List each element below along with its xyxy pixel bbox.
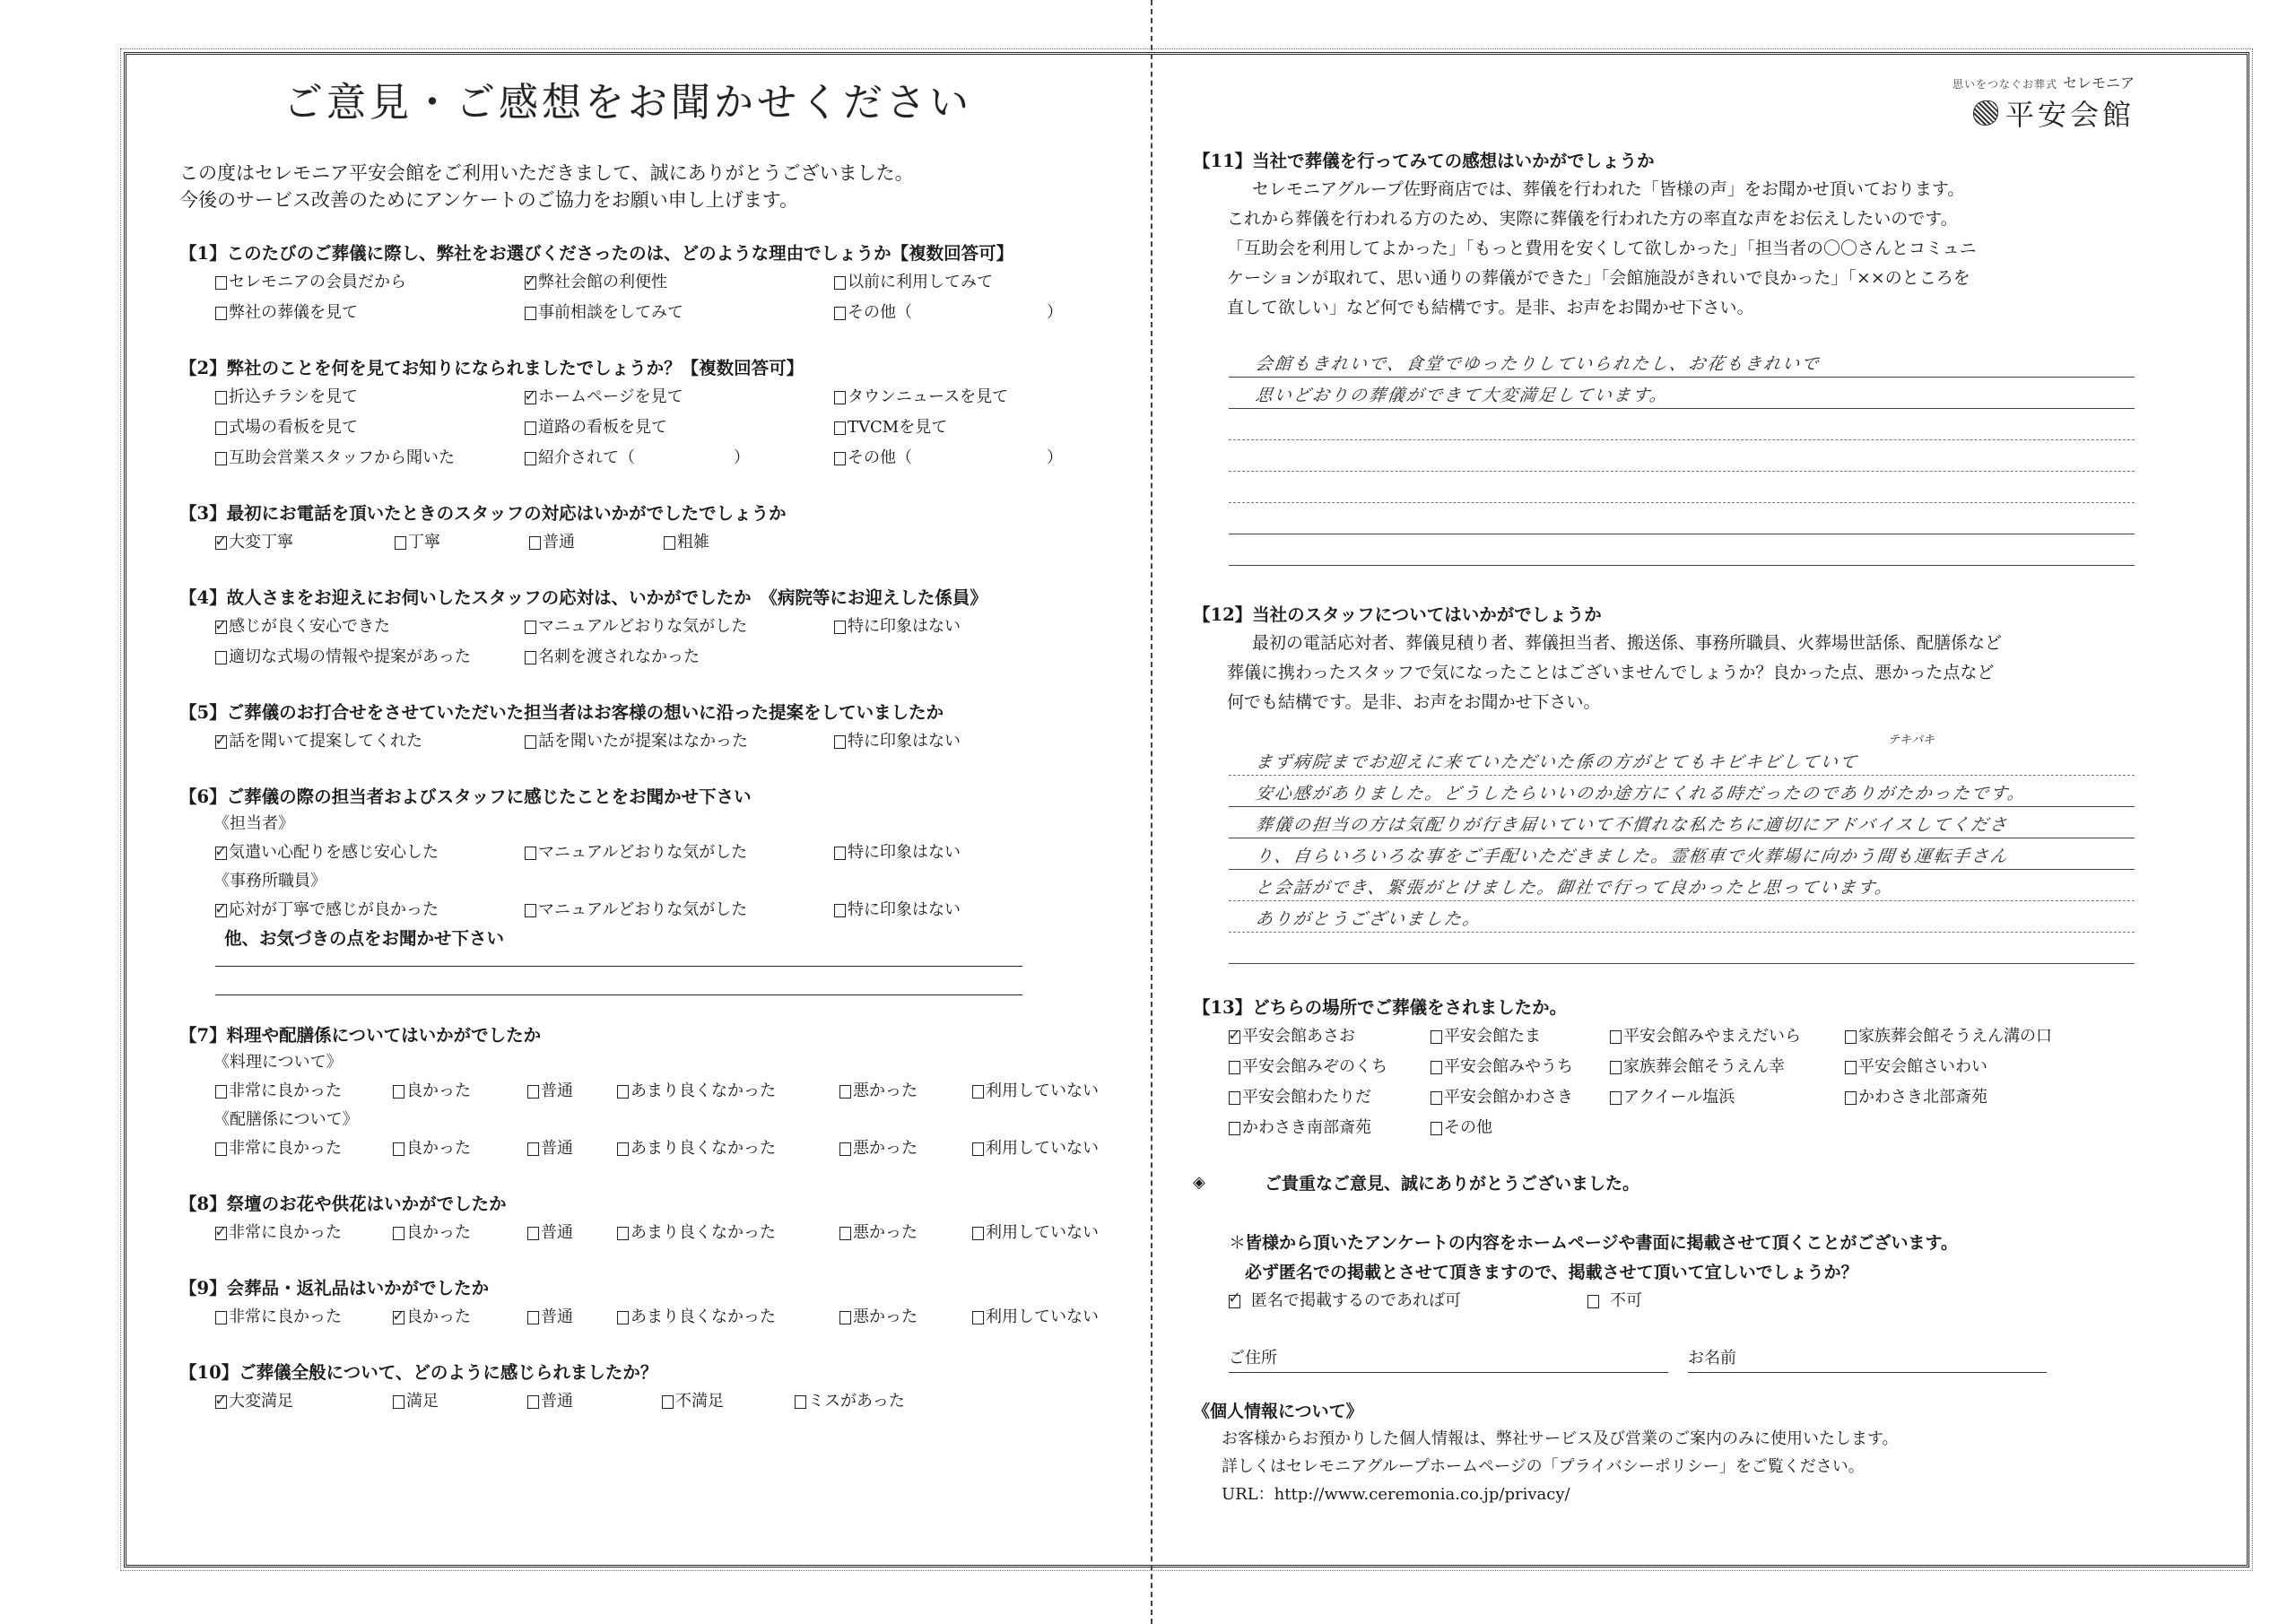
other-comments-prompt: 他、お気づきの点をお聞かせ下さい	[224, 925, 1130, 952]
paren-close: ）	[1047, 443, 1063, 473]
checkbox-icon[interactable]	[839, 1311, 851, 1324]
option-not-good[interactable]: あまり良くなかった	[617, 1133, 839, 1164]
option-normal[interactable]: 普通	[527, 1302, 617, 1333]
options: 非常に良かった 良かった 普通 あまり良くなかった 悪かった 利用していない	[215, 1133, 1130, 1164]
option-homepage[interactable]: ホームページを見て	[525, 382, 834, 413]
option-other[interactable]: その他（）	[834, 443, 1130, 473]
option-not-good[interactable]: あまり良くなかった	[617, 1218, 839, 1248]
option-unsatisfied[interactable]: 不満足	[662, 1386, 795, 1417]
option-label: 気遣い心配りを感じ安心した	[229, 838, 439, 868]
option-label: 非常に良かった	[229, 1218, 342, 1248]
option-referral[interactable]: 紹介されて（）	[525, 443, 834, 473]
venue-option[interactable]: かわさき南部斎苑	[1229, 1113, 1431, 1143]
writing-line	[1229, 933, 2135, 964]
option-label: 以前に利用してみて	[848, 267, 993, 298]
checkbox-icon[interactable]	[1431, 1061, 1442, 1074]
page-fold-line	[1151, 0, 1152, 1624]
option-not-used[interactable]: 利用していない	[972, 1302, 1125, 1333]
privacy-line: 詳しくはセレモニアグループホームページの「プライバシーポリシー」をご覧ください。	[1222, 1453, 2135, 1481]
checkbox-icon[interactable]	[834, 307, 846, 320]
option-polite[interactable]: 丁寧	[395, 527, 529, 558]
option-no-impression[interactable]: 特に印象はない	[834, 726, 1130, 757]
writing-line: 安心感がありました。どうしたらいいのか途方にくれる時だったのでありがたかったです…	[1229, 776, 2135, 807]
option-reassured[interactable]: 感じが良く安心できた	[215, 612, 525, 642]
checkbox-icon[interactable]	[1431, 1030, 1442, 1044]
writing-line	[1229, 440, 2135, 472]
checkbox-icon[interactable]	[617, 1227, 629, 1240]
checkbox-icon[interactable]	[527, 1142, 539, 1156]
option-label: あまり良くなかった	[631, 1076, 776, 1107]
option-label: 話を聞いたが提案はなかった	[538, 726, 748, 757]
venue-option[interactable]: 平安会館たま	[1431, 1021, 1610, 1052]
group-label-food: 《料理について》	[213, 1049, 1130, 1076]
option-label: マニュアルどおりな気がした	[538, 612, 747, 642]
checkbox-icon[interactable]	[525, 391, 536, 404]
handwritten-answer: まず病院までお迎えに来ていただいた係の方がとてもキビキビしていて	[1254, 749, 1860, 773]
handwritten-answer: 安心感がありました。どうしたらいいのか途方にくれる時だったのでありがたかったです…	[1254, 780, 2028, 804]
checkbox-icon[interactable]	[972, 1227, 984, 1240]
option-no-impression[interactable]: 特に印象はない	[834, 838, 1130, 868]
notice-line: 皆様から頂いたアンケートの内容をホームページや書面に掲載させて頂くことがございま…	[1245, 1233, 1958, 1253]
writing-line	[1229, 503, 2135, 534]
handwritten-answer: り、自らいろいろな事をご手配いただきました。霊柩車で火葬場に向かう間も運転手さん	[1254, 843, 2011, 867]
option-no-impression[interactable]: 特に印象はない	[834, 612, 1130, 642]
checkbox-icon[interactable]	[1229, 1061, 1240, 1074]
option-good[interactable]: 良かった	[393, 1302, 527, 1333]
question-description: 最初の電話応対者、葬儀見積り者、葬儀担当者、搬送係、事務所職員、火葬場世話係、配…	[1227, 629, 2135, 717]
checkbox-icon[interactable]	[215, 1311, 227, 1324]
diamond-bullet-icon: ◈	[1193, 1173, 1265, 1192]
option-very-satisfied[interactable]: 大変満足	[215, 1386, 393, 1417]
option-label: 丁寧	[408, 527, 440, 558]
option-label: 普通	[543, 527, 575, 558]
address-label: ご住所	[1229, 1349, 1277, 1368]
handwritten-answer: 葬儀の担当の方は気配りが行き届いていて不慣れな私たちに適切にアドバイスしてくださ	[1254, 812, 2010, 836]
venue-option[interactable]: 家族葬会館そうえん溝の口	[1845, 1021, 2096, 1052]
option-label: 普通	[541, 1133, 573, 1164]
option-bad[interactable]: 悪かった	[839, 1302, 972, 1333]
venue-option[interactable]: アクイール塩浜	[1610, 1082, 1845, 1113]
option-very-good[interactable]: 非常に良かった	[215, 1076, 393, 1107]
question-title: 【5】ご葬儀のお打合せをさせていただいた担当者はお客様の想いに沿った提案をしてい…	[179, 699, 1130, 726]
intro-text: この度はセレモニア平安会館をご利用いただきまして、誠にありがとうございました。 …	[179, 160, 1130, 213]
option-label: TVCMを見て	[848, 413, 947, 443]
group-label-staff: 《担当者》	[213, 811, 1130, 838]
option-label: その他	[1444, 1113, 1492, 1143]
question-8: 【8】祭壇のお花や供花はいかがでしたか 非常に良かった 良かった 普通 あまり良…	[179, 1191, 1130, 1248]
checkbox-icon[interactable]	[525, 421, 536, 435]
question-4: 【4】故人さまをお迎えにお伺いしたスタッフの応対は、いかがでしたか 《病院等にお…	[179, 585, 1130, 673]
option-not-good[interactable]: あまり良くなかった	[617, 1076, 839, 1107]
checkbox-icon[interactable]	[525, 735, 536, 749]
question-title: 【8】祭壇のお花や供花はいかがでしたか	[179, 1191, 1130, 1218]
option-label: かわさき北部斎苑	[1858, 1082, 1987, 1113]
desc-line: 最初の電話応対者、葬儀見積り者、葬儀担当者、搬送係、事務所職員、火葬場世話係、配…	[1227, 629, 2135, 658]
checkbox-icon[interactable]	[834, 847, 846, 860]
writing-line	[1229, 534, 2135, 566]
option-label: 普通	[541, 1386, 573, 1417]
option-label: タウンニュースを見て	[848, 382, 1008, 413]
options: 折込チラシを見て ホームページを見て タウンニュースを見て 式場の看板を見て 道…	[215, 382, 1130, 473]
option-normal[interactable]: 普通	[527, 1218, 617, 1248]
checkbox-icon[interactable]	[393, 1395, 404, 1409]
checkbox-icon[interactable]	[525, 452, 536, 465]
option-label: その他（	[848, 298, 912, 328]
checkbox-icon[interactable]	[215, 391, 227, 404]
option-sales-staff[interactable]: 互助会営業スタッフから聞いた	[215, 443, 525, 473]
option-good[interactable]: 良かった	[393, 1133, 527, 1164]
desc-line: ケーションが取れて、思い通りの葬儀ができた」「会館施設がきれいで良かった」「××…	[1227, 264, 2135, 293]
checkbox-icon[interactable]	[527, 1085, 539, 1099]
checkbox-icon[interactable]	[395, 536, 406, 550]
option-normal[interactable]: 普通	[527, 1386, 662, 1417]
venue-option[interactable]: その他	[1431, 1113, 1610, 1143]
options: 大変丁寧 丁寧 普通 粗雑	[215, 527, 1130, 558]
question-12: 【12】当社のスタッフについてはいかがでしょうか 最初の電話応対者、葬儀見積り者…	[1193, 602, 2135, 964]
checkbox-icon[interactable]	[1845, 1061, 1857, 1074]
logo-brand: セレモニア	[2063, 74, 2135, 91]
option-label: 感じが良く安心できた	[229, 612, 390, 642]
option-label: 非常に良かった	[229, 1133, 342, 1164]
q11-answer-field[interactable]: 会館もきれいで、食堂でゆったりしていられたし、お花もきれいで 思いどおりの葬儀が…	[1229, 346, 2135, 566]
venue-option[interactable]: 平安会館あさお	[1229, 1021, 1431, 1052]
option-convenience[interactable]: 弊社会館の利便性	[525, 267, 834, 298]
checkbox-icon[interactable]	[972, 1142, 984, 1156]
checkbox-icon[interactable]	[1229, 1030, 1240, 1044]
checkbox-icon[interactable]	[393, 1227, 404, 1240]
option-label: 平安会館かわさき	[1444, 1082, 1573, 1113]
option-manual[interactable]: マニュアルどおりな気がした	[525, 838, 834, 868]
option-polite[interactable]: 応対が丁寧で感じが良かった	[215, 895, 525, 925]
option-member[interactable]: セレモニアの会員だから	[215, 267, 525, 298]
checkbox-icon[interactable]	[617, 1311, 629, 1324]
option-no-impression[interactable]: 特に印象はない	[834, 895, 1130, 925]
name-label: お名前	[1688, 1349, 1736, 1368]
checkbox-icon[interactable]	[215, 1142, 227, 1156]
option-label: 話を聞いて提案してくれた	[229, 726, 422, 757]
question-9: 【9】会葬品・返礼品はいかがでしたか 非常に良かった 良かった 普通 あまり良く…	[179, 1275, 1130, 1333]
option-label: 弊社の葬儀を見て	[229, 298, 358, 328]
question-title: 【3】最初にお電話を頂いたときのスタッフの対応はいかがでしたでしょうか	[179, 500, 1130, 527]
checkbox-icon[interactable]	[617, 1085, 629, 1099]
options: セレモニアの会員だから 弊社会館の利便性 以前に利用してみて 弊社の葬儀を見て …	[215, 267, 1130, 328]
option-satisfied[interactable]: 満足	[393, 1386, 527, 1417]
checkbox-icon[interactable]	[834, 421, 846, 435]
option-label: 道路の看板を見て	[538, 413, 667, 443]
option-other[interactable]: その他（）	[834, 298, 1130, 328]
writing-line	[215, 994, 1022, 995]
writing-line: ありがとうございました。	[1229, 901, 2135, 933]
desc-line: 何でも結構です。是非、お声をお聞かせ下さい。	[1227, 688, 2135, 717]
venue-option[interactable]: 平安会館みぞのくち	[1229, 1052, 1431, 1082]
consent-decline[interactable]: 不可	[1587, 1288, 1946, 1315]
checkbox-icon[interactable]	[664, 536, 675, 550]
options: 大変満足 満足 普通 不満足 ミスがあった	[215, 1386, 1130, 1417]
question-3: 【3】最初にお電話を頂いたときのスタッフの対応はいかがでしたでしょうか 大変丁寧…	[179, 500, 1130, 558]
company-logo: 思いをつなぐお葬式セレモニア 平安会館	[1952, 72, 2135, 134]
writing-line: と会話ができ、緊張がとけました。御社で行って良かったと思っています。	[1229, 870, 2135, 901]
venue-option[interactable]: 平安会館みやうち	[1431, 1052, 1610, 1082]
venue-option[interactable]: 平安会館みやまえだいら	[1610, 1021, 1845, 1052]
checkbox-icon[interactable]	[834, 276, 846, 290]
option-label: 悪かった	[853, 1218, 918, 1248]
question-11: 【11】当社で葬儀を行ってみての感想はいかがでしょうか セレモニアグループ佐野商…	[1193, 148, 2135, 566]
option-label: 平安会館たま	[1444, 1021, 1541, 1052]
option-label: 適切な式場の情報や提案があった	[229, 642, 471, 673]
checkbox-icon[interactable]	[525, 307, 536, 320]
publish-notice: ＊皆様から頂いたアンケートの内容をホームページや書面に掲載させて頂くことがござい…	[1229, 1229, 2135, 1288]
option-no-card[interactable]: 名刺を渡されなかった	[525, 642, 834, 673]
checkbox-icon[interactable]	[215, 904, 227, 917]
option-consultation[interactable]: 事前相談をしてみて	[525, 298, 834, 328]
group-label-office: 《事務所職員》	[213, 868, 1130, 895]
checkbox-icon[interactable]	[215, 621, 227, 634]
option-used-before[interactable]: 以前に利用してみて	[834, 267, 1130, 298]
question-description: セレモニアグループ佐野商店では、葬儀を行われた「皆様の声」をお聞かせ頂いておりま…	[1227, 175, 2135, 323]
option-town-news[interactable]: タウンニュースを見て	[834, 382, 1130, 413]
intro-line: 今後のサービス改善のためにアンケートのご協力をお願い申し上げます。	[179, 187, 1130, 213]
checkbox-icon[interactable]	[834, 452, 846, 465]
option-very-good[interactable]: 非常に良かった	[215, 1133, 393, 1164]
venue-option[interactable]: 家族葬会館そうえん幸	[1610, 1052, 1845, 1082]
question-13: 【13】どちらの場所でご葬儀をされましたか。 平安会館あさお 平安会館たま 平安…	[1193, 994, 2135, 1143]
question-title: 【12】当社のスタッフについてはいかがでしょうか	[1193, 602, 2135, 629]
checkbox-icon[interactable]	[215, 847, 227, 860]
option-bad[interactable]: 悪かった	[839, 1076, 972, 1107]
option-label: 紹介されて（	[538, 443, 635, 473]
option-mistake[interactable]: ミスがあった	[795, 1386, 974, 1417]
option-label: 事前相談をしてみて	[538, 298, 683, 328]
option-manual[interactable]: マニュアルどおりな気がした	[525, 612, 834, 642]
option-good[interactable]: 良かった	[393, 1218, 527, 1248]
checkbox-icon[interactable]	[839, 1142, 851, 1156]
checkbox-icon[interactable]	[215, 421, 227, 435]
options: 非常に良かった 良かった 普通 あまり良くなかった 悪かった 利用していない	[215, 1218, 1130, 1248]
options: 気遣い心配りを感じ安心した マニュアルどおりな気がした 特に印象はない	[215, 838, 1130, 868]
option-good[interactable]: 良かった	[393, 1076, 527, 1107]
checkbox-icon[interactable]	[1431, 1091, 1442, 1105]
question-title: 【13】どちらの場所でご葬儀をされましたか。	[1193, 994, 2135, 1021]
other-comments-field[interactable]	[215, 965, 1130, 995]
option-normal[interactable]: 普通	[527, 1076, 617, 1107]
consent-anonymous-ok[interactable]: 匿名で掲載するのであれば可	[1229, 1288, 1587, 1315]
question-title: 【11】当社で葬儀を行ってみての感想はいかがでしょうか	[1193, 148, 2135, 175]
checkbox-icon[interactable]	[525, 621, 536, 634]
checkbox-icon[interactable]	[1610, 1061, 1622, 1074]
desc-line: これから葬儀を行われる方のため、実際に葬儀を行われた方の率直な声をお伝えしたいの…	[1227, 204, 2135, 234]
option-label: 普通	[541, 1218, 573, 1248]
checkbox-icon[interactable]	[525, 904, 536, 917]
checkbox-icon[interactable]	[215, 536, 227, 550]
option-label: 粗雑	[677, 527, 709, 558]
option-flyer[interactable]: 折込チラシを見て	[215, 382, 525, 413]
checkbox-icon[interactable]	[972, 1085, 984, 1099]
venue-option[interactable]: 平安会館わたりだ	[1229, 1082, 1431, 1113]
option-label: 式場の看板を見て	[229, 413, 358, 443]
option-hall-sign[interactable]: 式場の看板を見て	[215, 413, 525, 443]
option-label: 平安会館わたりだ	[1242, 1082, 1371, 1113]
question-title: 【4】故人さまをお迎えにお伺いしたスタッフの応対は、いかがでしたか 《病院等にお…	[179, 585, 1130, 612]
checkbox-icon[interactable]	[617, 1142, 629, 1156]
checkbox-icon[interactable]	[215, 1227, 227, 1240]
option-very-polite[interactable]: 大変丁寧	[215, 527, 395, 558]
question-title: 【1】このたびのご葬儀に際し、弊社をお選びくださったのは、どのような理由でしょう…	[179, 240, 1130, 267]
intro-line: この度はセレモニア平安会館をご利用いただきまして、誠にありがとうございました。	[179, 160, 1130, 187]
checkbox-icon[interactable]	[1229, 1091, 1240, 1105]
option-bad[interactable]: 悪かった	[839, 1133, 972, 1164]
option-not-good[interactable]: あまり良くなかった	[617, 1302, 839, 1333]
privacy-title: 《個人情報について》	[1193, 1398, 2135, 1425]
option-venue-info[interactable]: 適切な式場の情報や提案があった	[215, 642, 525, 673]
options: 非常に良かった 良かった 普通 あまり良くなかった 悪かった 利用していない	[215, 1076, 1130, 1107]
option-label: 折込チラシを見て	[229, 382, 358, 413]
option-very-good[interactable]: 非常に良かった	[215, 1302, 393, 1333]
option-label: 良かった	[406, 1218, 471, 1248]
option-label: 平安会館みぞのくち	[1242, 1052, 1387, 1082]
option-not-used[interactable]: 利用していない	[972, 1133, 1125, 1164]
option-label: その他（	[848, 443, 912, 473]
checkbox-icon[interactable]	[972, 1311, 984, 1324]
option-label: 利用していない	[986, 1076, 1099, 1107]
checkbox-icon[interactable]	[529, 536, 541, 550]
checkbox-icon[interactable]	[1229, 1122, 1240, 1135]
group-label-servers: 《配膳係について》	[213, 1107, 1130, 1133]
checkbox-icon[interactable]	[525, 276, 536, 290]
privacy-text: お客様からお預かりした個人情報は、弊社サービス及び営業のご案内のみに使用いたしま…	[1222, 1425, 2135, 1508]
writing-line: 葬儀の担当の方は気配りが行き届いていて不慣れな私たちに適切にアドバイスしてくださ	[1229, 807, 2135, 838]
option-label: 良かった	[406, 1076, 471, 1107]
checkbox-icon[interactable]	[1610, 1091, 1622, 1105]
publish-consent: 匿名で掲載するのであれば可 不可	[1229, 1288, 2135, 1315]
option-bad[interactable]: 悪かった	[839, 1218, 972, 1248]
checkbox-icon[interactable]	[1587, 1295, 1599, 1308]
address-field[interactable]: ご住所	[1229, 1345, 1668, 1373]
options: 応対が丁寧で感じが良かった マニュアルどおりな気がした 特に印象はない	[215, 895, 1130, 925]
option-no-proposal[interactable]: 話を聞いたが提案はなかった	[525, 726, 834, 757]
checkbox-icon[interactable]	[1610, 1030, 1622, 1044]
writing-line: 思いどおりの葬儀ができて大変満足しています。	[1229, 378, 2135, 409]
contact-fields: ご住所 お名前	[1229, 1345, 2135, 1373]
option-considerate[interactable]: 気遣い心配りを感じ安心した	[215, 838, 525, 868]
checkbox-icon[interactable]	[1845, 1030, 1857, 1044]
option-label: 普通	[541, 1302, 573, 1333]
notice-line: 必ず匿名での掲載とさせて頂きますので、掲載させて頂いて宜しいでしょうか？	[1229, 1258, 2135, 1288]
asterisk-icon: ＊	[1229, 1229, 1245, 1258]
option-label: 特に印象はない	[848, 838, 961, 868]
checkbox-icon[interactable]	[1229, 1295, 1240, 1308]
option-label: 利用していない	[986, 1218, 1099, 1248]
checkbox-icon[interactable]	[795, 1395, 806, 1409]
checkbox-icon[interactable]	[1845, 1091, 1857, 1105]
checkbox-icon[interactable]	[839, 1227, 851, 1240]
option-tvcm[interactable]: TVCMを見て	[834, 413, 1130, 443]
question-1: 【1】このたびのご葬儀に際し、弊社をお選びくださったのは、どのような理由でしょう…	[179, 240, 1130, 328]
checkbox-icon[interactable]	[215, 452, 227, 465]
options: 話を聞いて提案してくれた 話を聞いたが提案はなかった 特に印象はない	[215, 726, 1130, 757]
writing-line	[215, 965, 1022, 967]
option-not-used[interactable]: 利用していない	[972, 1076, 1125, 1107]
desc-line: 「互助会を利用してよかった」「もっと費用を安くして欲しかった」「担当者の〇〇さん…	[1227, 234, 2135, 264]
privacy-url-link[interactable]: URL：http://www.ceremonia.co.jp/privacy/	[1222, 1481, 2135, 1508]
checkbox-icon[interactable]	[525, 651, 536, 664]
survey-title: ご意見・ご感想をお聞かせください	[179, 70, 1076, 127]
option-label: 良かった	[406, 1302, 471, 1333]
option-label: 弊社会館の利便性	[538, 267, 667, 298]
writing-line: まず病院までお迎えに来ていただいた係の方がとてもキビキビしていて	[1229, 744, 2135, 776]
handwritten-answer: と会話ができ、緊張がとけました。御社で行って良かったと思っています。	[1254, 874, 1896, 899]
checkbox-icon[interactable]	[393, 1085, 404, 1099]
checkbox-icon[interactable]	[527, 1311, 539, 1324]
checkbox-icon[interactable]	[525, 847, 536, 860]
writing-line: 会館もきれいで、食堂でゆったりしていられたし、お花もきれいで	[1229, 346, 2135, 378]
checkbox-icon[interactable]	[215, 276, 227, 290]
option-normal[interactable]: 普通	[527, 1133, 617, 1164]
q12-answer-field[interactable]: テキパキ まず病院までお迎えに来ていただいた係の方がとてもキビキビしていて 安心…	[1229, 744, 2135, 964]
option-label: 利用していない	[986, 1302, 1099, 1333]
checkbox-icon[interactable]	[215, 307, 227, 320]
checkbox-icon[interactable]	[527, 1227, 539, 1240]
logo-name: 平安会館	[2005, 92, 2135, 134]
venue-options: 平安会館あさお 平安会館たま 平安会館みやまえだいら 家族葬会館そうえん溝の口 …	[1229, 1021, 2135, 1143]
checkbox-icon[interactable]	[834, 735, 846, 749]
name-field[interactable]: お名前	[1688, 1345, 2047, 1373]
question-10: 【10】ご葬儀全般について、どのように感じられましたか？ 大変満足 満足 普通 …	[179, 1359, 1130, 1417]
venue-option[interactable]: かわさき北部斎苑	[1845, 1082, 2096, 1113]
checkbox-icon[interactable]	[393, 1311, 404, 1324]
checkbox-icon[interactable]	[834, 621, 846, 634]
option-label: 家族葬会館そうえん溝の口	[1858, 1021, 2052, 1052]
question-5: 【5】ご葬儀のお打合せをさせていただいた担当者はお客様の想いに沿った提案をしてい…	[179, 699, 1130, 757]
paren-close: ）	[1047, 298, 1063, 328]
venue-option[interactable]: 平安会館かわさき	[1431, 1082, 1610, 1113]
checkbox-icon[interactable]	[215, 1395, 227, 1409]
handwritten-answer: 思いどおりの葬儀ができて大変満足しています。	[1254, 382, 1670, 406]
option-label: 特に印象はない	[848, 895, 961, 925]
checkbox-icon[interactable]	[527, 1395, 539, 1409]
option-proposed[interactable]: 話を聞いて提案してくれた	[215, 726, 525, 757]
option-road-sign[interactable]: 道路の看板を見て	[525, 413, 834, 443]
writing-line	[1229, 472, 2135, 503]
checkbox-icon[interactable]	[834, 391, 846, 404]
option-label: ミスがあった	[808, 1386, 905, 1417]
option-rough[interactable]: 粗雑	[664, 527, 843, 558]
checkbox-icon[interactable]	[215, 1085, 227, 1099]
desc-line: セレモニアグループ佐野商店では、葬儀を行われた「皆様の声」をお聞かせ頂いておりま…	[1227, 175, 2135, 204]
checkbox-icon[interactable]	[215, 651, 227, 664]
option-label: 悪かった	[853, 1076, 918, 1107]
question-title: 【9】会葬品・返礼品はいかがでしたか	[179, 1275, 1130, 1302]
option-label: あまり良くなかった	[631, 1302, 776, 1333]
venue-option[interactable]: 平安会館さいわい	[1845, 1052, 2096, 1082]
option-label: 大変満足	[229, 1386, 293, 1417]
checkbox-icon[interactable]	[393, 1142, 404, 1156]
option-manual[interactable]: マニュアルどおりな気がした	[525, 895, 834, 925]
option-label: 不可	[1610, 1288, 1642, 1315]
option-normal[interactable]: 普通	[529, 527, 664, 558]
checkbox-icon[interactable]	[1431, 1122, 1442, 1135]
option-very-good[interactable]: 非常に良かった	[215, 1218, 393, 1248]
option-saw-funeral[interactable]: 弊社の葬儀を見て	[215, 298, 525, 328]
option-label: 平安会館さいわい	[1858, 1052, 1987, 1082]
option-label: 悪かった	[853, 1133, 918, 1164]
options: 感じが良く安心できた マニュアルどおりな気がした 特に印象はない 適切な式場の情…	[215, 612, 1130, 673]
checkbox-icon[interactable]	[662, 1395, 674, 1409]
checkbox-icon[interactable]	[839, 1085, 851, 1099]
checkbox-icon[interactable]	[215, 735, 227, 749]
option-label: 平安会館みやまえだいら	[1623, 1021, 1801, 1052]
option-not-used[interactable]: 利用していない	[972, 1218, 1125, 1248]
checkbox-icon[interactable]	[834, 904, 846, 917]
